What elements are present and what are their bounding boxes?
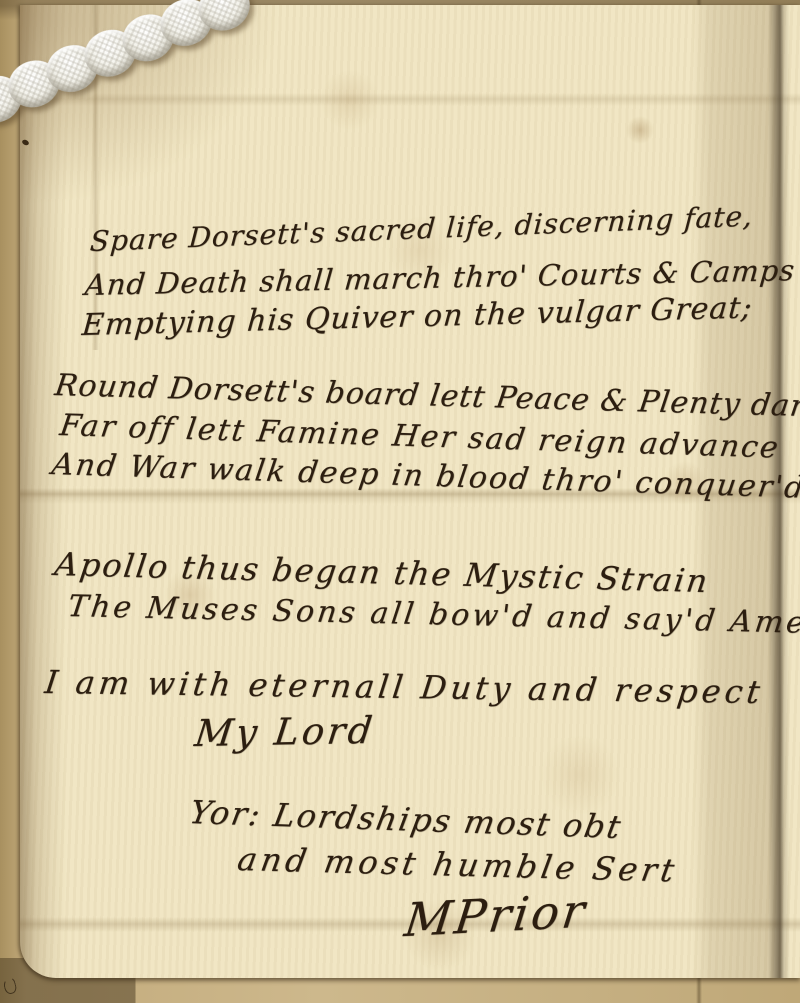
salutation-my-lord: My Lord <box>192 709 377 755</box>
signature: MPrior <box>402 883 591 947</box>
manuscript-scan: Spare Dorsett's sacred life, discerning … <box>0 0 800 1003</box>
